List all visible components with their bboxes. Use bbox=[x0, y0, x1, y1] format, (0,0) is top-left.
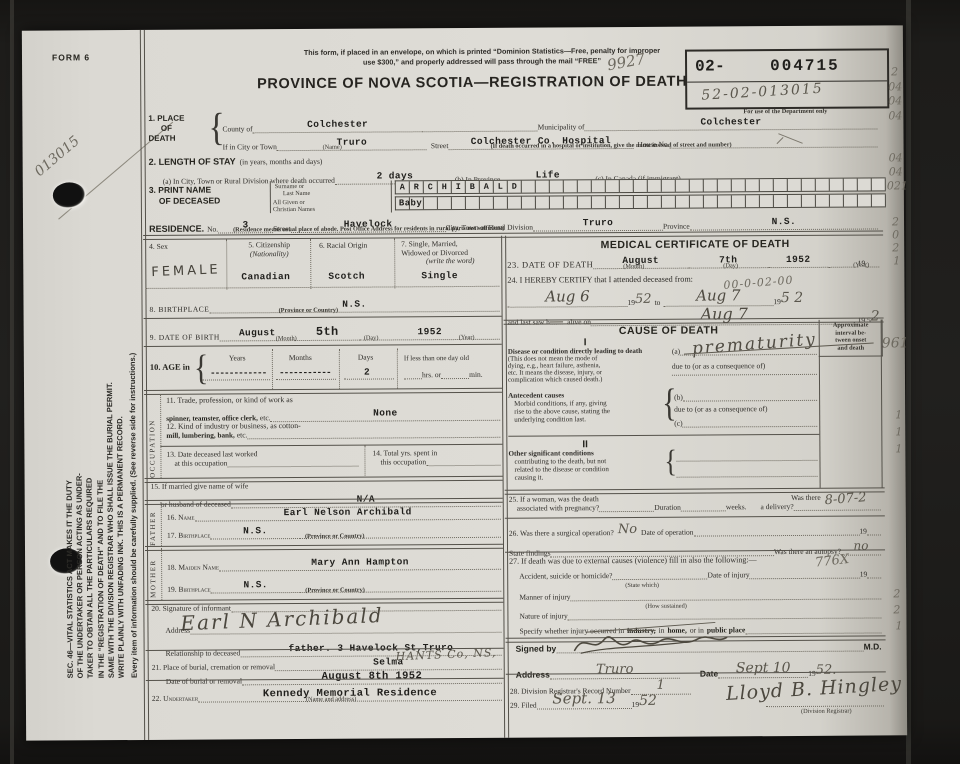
cell-divider bbox=[226, 239, 227, 289]
signed-by-label: Signed by bbox=[516, 643, 557, 653]
margin-number: 04 bbox=[889, 151, 903, 164]
age-col-divider bbox=[339, 349, 340, 389]
city-label: If in City or Town bbox=[223, 142, 277, 151]
margin-number: 04 bbox=[889, 165, 903, 178]
letter-cell bbox=[858, 179, 872, 191]
letter-cell bbox=[494, 197, 508, 209]
certify-to: to bbox=[655, 298, 661, 307]
cause-c-row: (c) bbox=[674, 418, 817, 428]
cell-divider bbox=[394, 238, 395, 288]
surname-letter-boxes: ARCHIBALD bbox=[395, 177, 886, 194]
other-brace: { bbox=[664, 444, 677, 480]
mother-name-value: Mary Ann Hampton bbox=[311, 556, 409, 568]
filed-yr: 19 bbox=[632, 700, 640, 709]
letter-cell bbox=[816, 195, 830, 207]
manner-label: Manner of injury bbox=[519, 592, 570, 601]
letter-cell bbox=[550, 180, 564, 192]
letter-cell bbox=[774, 179, 788, 191]
margin-number: 0 bbox=[892, 228, 899, 241]
md-label: M.D. bbox=[864, 641, 882, 651]
operation-yr: 19 bbox=[859, 527, 867, 536]
letter-cell bbox=[564, 196, 578, 208]
letter-cell bbox=[788, 179, 802, 191]
letter-cell bbox=[718, 195, 732, 207]
interval-header-box: Approximate interval be- tween onset and… bbox=[819, 319, 883, 356]
field3-label-l1: 3. PRINT NAME bbox=[149, 184, 220, 195]
duty-line: Every item of information should be care… bbox=[127, 173, 140, 678]
division-registrar-note: (Division Registrar) bbox=[801, 708, 852, 715]
letter-cell bbox=[732, 179, 746, 191]
field3-label: 3. PRINT NAME OF DECEASED bbox=[149, 184, 221, 206]
burial-date-value: August 8th 1952 bbox=[322, 670, 423, 683]
letter-cell bbox=[816, 179, 830, 191]
field18-row: 18. Maiden Name Mary Ann Hampton bbox=[167, 552, 501, 572]
margin-number: 961 bbox=[882, 335, 909, 351]
field1-hospital-note: (If death occurred in a hospital or inst… bbox=[491, 141, 732, 149]
letter-cell bbox=[508, 197, 522, 209]
undertaker-note: (Name and address) bbox=[306, 696, 356, 703]
dotted-leader bbox=[683, 392, 817, 402]
certify-from: Aug 6 bbox=[545, 287, 590, 305]
rule bbox=[505, 515, 885, 518]
letter-cell bbox=[690, 196, 704, 208]
certify-dates-row: Aug 6 19 52 to Aug 7 19 5 2 bbox=[507, 287, 879, 307]
age-months-dotted bbox=[276, 379, 336, 380]
cause-dueto: due to (or as a consequence of) bbox=[672, 361, 765, 371]
dob-day: 5th bbox=[316, 325, 339, 339]
letter-cell bbox=[788, 195, 802, 207]
margin-number: 1 bbox=[895, 425, 902, 438]
margin-number: 2 bbox=[893, 587, 900, 600]
rule bbox=[508, 434, 819, 437]
county-label: County of bbox=[222, 124, 252, 133]
dotted-leader bbox=[426, 457, 500, 466]
dept-serial: 004715 bbox=[770, 57, 840, 75]
field17-label: 17. Birthplace bbox=[167, 530, 211, 539]
dob-year: 1952 bbox=[417, 326, 441, 337]
letter-cell: L bbox=[494, 181, 508, 193]
field29-row: 29. Filed Sept. 13 19 52 bbox=[510, 690, 760, 709]
rule bbox=[160, 444, 502, 447]
letter-cell bbox=[760, 179, 774, 191]
other-conditions-desc: Other significant conditions contributin… bbox=[508, 449, 668, 482]
margin-number: 2 bbox=[893, 603, 900, 616]
solid-leader bbox=[571, 590, 882, 601]
dotted-leader bbox=[227, 458, 358, 468]
margin-number: 2 bbox=[891, 65, 898, 78]
citizenship-label-l2: (Nationality) bbox=[233, 249, 305, 258]
filed-yr-hw: 52 bbox=[639, 693, 657, 709]
racial-origin-label: 6. Racial Origin bbox=[319, 241, 367, 250]
letter-cell bbox=[676, 196, 690, 208]
letter-cell bbox=[802, 195, 816, 207]
cause-dueto-dotted bbox=[672, 374, 817, 376]
cause-a-label: (a) bbox=[672, 347, 680, 356]
letter-cell bbox=[872, 178, 886, 190]
surname-sublabel-l2: Last Name bbox=[275, 190, 310, 197]
certify-y2-hw: 5 2 bbox=[781, 290, 803, 306]
md-signature-scribble bbox=[571, 629, 731, 656]
accident-label: Accident, suicide or homicide? bbox=[519, 571, 612, 581]
letter-cell bbox=[830, 195, 844, 207]
letter-cell bbox=[438, 197, 452, 209]
letter-cell bbox=[620, 196, 634, 208]
dotted-leader bbox=[683, 418, 818, 428]
age-hrs-row: hrs. or min. bbox=[404, 370, 498, 380]
certify-y1-hw: 52 bbox=[635, 292, 652, 307]
injury-date-label: Date of injury bbox=[707, 570, 749, 579]
certify-y1: 19 bbox=[627, 298, 635, 307]
city-name-note: (Name) bbox=[323, 144, 342, 151]
field16-row: 16. Name Earl Nelson Archibald bbox=[167, 502, 501, 522]
dob-day-note: (Day) bbox=[364, 335, 379, 342]
how-sustained-note: (How sustained) bbox=[645, 603, 686, 610]
residence-no-label: No. bbox=[207, 224, 218, 233]
letter-cell bbox=[704, 195, 718, 207]
dotted-leader bbox=[745, 624, 881, 634]
rule bbox=[145, 544, 503, 551]
antecedent-desc: Antecedent causes Morbid conditions, if … bbox=[508, 391, 666, 424]
father-name-value: Earl Nelson Archibald bbox=[284, 506, 412, 518]
letter-cell bbox=[550, 196, 564, 208]
mother-birthplace-value: N.S. bbox=[243, 579, 267, 590]
manner-row: Manner of injury bbox=[519, 590, 881, 601]
margin-number: 04 bbox=[888, 80, 902, 93]
field18-label: 18. Maiden Name bbox=[167, 562, 219, 571]
marital-label: 7. Single, Married, Widowed or Divorced … bbox=[401, 240, 499, 266]
field11-value: None bbox=[373, 407, 397, 418]
cause-d5: complication which caused death.) bbox=[508, 376, 666, 384]
age-col-divider bbox=[272, 349, 273, 389]
dob-label: 9. DATE OF BIRTH bbox=[150, 332, 220, 341]
letter-cell bbox=[676, 180, 690, 192]
field12: 12. Kind of industry or business, as cot… bbox=[166, 420, 500, 440]
dotted-leader bbox=[867, 526, 881, 535]
dept-handwritten-number: 52-02-013015 bbox=[701, 81, 824, 104]
field13-line2: at this occupation bbox=[174, 458, 227, 467]
margin-number: 04 bbox=[888, 109, 902, 122]
dotted-leader bbox=[423, 122, 538, 132]
field27-label: 27. If death was due to external causes … bbox=[509, 555, 757, 566]
margin-number: 04 bbox=[888, 94, 902, 107]
marital-value: Single bbox=[421, 270, 458, 281]
signed-yr: 19 bbox=[808, 669, 816, 678]
interval-column-line bbox=[819, 356, 821, 488]
field26-row: 26. Was there a surgical operation? No D… bbox=[509, 520, 881, 537]
letter-cell bbox=[802, 179, 816, 191]
injury-yr: 19 bbox=[860, 570, 868, 579]
letter-cell bbox=[592, 196, 606, 208]
letter-cell bbox=[452, 197, 466, 209]
margin-duty-text: SEC. 46—VITAL STATISTICS ACT MAKES IT TH… bbox=[63, 173, 141, 678]
field2-heading-note: (in years, months and days) bbox=[240, 157, 323, 167]
letter-cell bbox=[718, 179, 732, 191]
field23-day-note: (Day) bbox=[723, 262, 738, 269]
letter-cell bbox=[592, 180, 606, 192]
field17-note: (Province or Country) bbox=[305, 533, 365, 540]
age-days-value: 2 bbox=[364, 367, 370, 378]
field2-heading: 2. LENGTH OF STAY bbox=[149, 156, 236, 167]
given-letter-boxes bbox=[395, 193, 886, 210]
dotted-leader bbox=[681, 502, 726, 511]
letter-cell bbox=[746, 195, 760, 207]
field23-row: 23. DATE OF DEATH August 7th 1952 19 bbox=[507, 249, 879, 269]
sex-label: 4. Sex bbox=[149, 242, 168, 251]
residence-city-value: Truro bbox=[583, 217, 614, 228]
field14: 14. Total yrs. spent in this occupation bbox=[372, 448, 500, 467]
given-name-value: Baby bbox=[399, 198, 422, 208]
letter-cell bbox=[620, 180, 634, 192]
occupation-vertical-label: OCCUPATION bbox=[148, 398, 156, 478]
delivery-handwritten: 8-07-2 bbox=[824, 490, 867, 508]
letter-cell bbox=[536, 196, 550, 208]
age-brace: { bbox=[194, 348, 209, 389]
dotted-leader bbox=[867, 569, 881, 578]
dotted-leader bbox=[568, 609, 882, 620]
letter-cell bbox=[844, 195, 858, 207]
field14-line2: this occupation bbox=[380, 457, 426, 466]
marital-label-l3: (write the word) bbox=[401, 257, 499, 266]
book-edge-right bbox=[906, 0, 911, 764]
certify-y2: 19 bbox=[773, 297, 781, 306]
signed-yr-hw: 52. bbox=[816, 663, 837, 678]
signed-address-hw: Truro bbox=[596, 662, 633, 677]
field12-etc: etc. bbox=[237, 430, 248, 439]
cause-disease-desc: Disease or condition directly leading to… bbox=[508, 347, 666, 384]
filed-label: 29. Filed bbox=[510, 700, 537, 709]
residence-label: RESIDENCE. bbox=[149, 223, 204, 233]
letter-cell bbox=[480, 197, 494, 209]
form-title: PROVINCE OF NOVA SCOTIA—REGISTRATION OF … bbox=[172, 73, 772, 93]
dotted-leader bbox=[693, 527, 859, 537]
letter-cell: D bbox=[508, 181, 522, 193]
field25-duration: Duration bbox=[654, 503, 681, 512]
field25-was2: a delivery? bbox=[760, 502, 793, 511]
cause-o4: causing it. bbox=[515, 473, 669, 482]
dob-month: August bbox=[239, 327, 276, 338]
age-months-value: ----------- bbox=[279, 367, 331, 378]
age-years-value: ------------ bbox=[210, 367, 266, 378]
birthplace-value: N.S. bbox=[342, 299, 366, 310]
residence-province-label: Province bbox=[663, 221, 690, 230]
field23-year-note: (Year) bbox=[853, 262, 869, 269]
occupation-divider bbox=[160, 394, 162, 478]
cause-ant4: underlying condition last. bbox=[514, 415, 666, 424]
letter-cell bbox=[844, 179, 858, 191]
age-less-label: If less than one day old bbox=[404, 354, 469, 362]
letter-cell bbox=[648, 180, 662, 192]
duty-line: WRITE PLAINLY WITH UNFADING INK. THIS IS… bbox=[114, 173, 127, 678]
nature-label: Nature of injury bbox=[519, 611, 567, 620]
letter-cell bbox=[536, 180, 550, 192]
letter-cell bbox=[732, 195, 746, 207]
dotted-leader bbox=[441, 370, 469, 379]
field3-label-l2: OF DECEASED bbox=[149, 195, 220, 206]
letter-cell bbox=[424, 197, 438, 209]
field12-line2: mill, lumbering, bank, bbox=[166, 431, 235, 439]
given-sublabel: All Given or Christian Names bbox=[273, 199, 315, 213]
field1-label-l3: DEATH bbox=[148, 134, 184, 144]
scanned-death-registration: FORM 6 013015 SEC. 46—VITAL STATISTICS A… bbox=[0, 0, 960, 764]
age-years-dotted bbox=[202, 379, 270, 380]
letter-cell bbox=[578, 180, 592, 192]
field23-month-note: (Month) bbox=[623, 263, 644, 270]
field13: 13. Date deceased last worked at this oc… bbox=[166, 449, 358, 468]
form-number-label: FORM 6 bbox=[52, 52, 90, 62]
signed-date-hw: Sept 10 bbox=[736, 660, 791, 676]
cell-divider bbox=[310, 239, 311, 289]
age-days-dotted bbox=[344, 378, 394, 379]
surname-sublabel: Surname or Last Name bbox=[275, 183, 311, 197]
letter-cell bbox=[872, 194, 886, 206]
letter-cell bbox=[522, 197, 536, 209]
citizenship-value: Canadian bbox=[241, 271, 290, 282]
field1-label: 1. PLACE OF DEATH bbox=[148, 114, 184, 144]
letter-cell: I bbox=[452, 181, 466, 193]
nature-row: Nature of injury bbox=[519, 609, 881, 620]
field27-hw: 776X bbox=[814, 552, 850, 571]
county-value: Colchester bbox=[307, 119, 368, 130]
operation-hw: No bbox=[618, 522, 637, 537]
municipality-label: Municipality of bbox=[538, 122, 585, 131]
letter-cell bbox=[466, 197, 480, 209]
field25-l2: associated with pregnancy? bbox=[517, 503, 600, 513]
street-label: Street bbox=[431, 141, 449, 150]
cause-b-label: (b) bbox=[674, 393, 683, 402]
state-which-note: (State which) bbox=[625, 582, 659, 589]
field25-was1: Was there bbox=[791, 493, 821, 502]
letter-cell bbox=[830, 179, 844, 191]
dob-year-note: (Year) bbox=[459, 334, 475, 341]
letter-cell bbox=[648, 196, 662, 208]
field1-label-l1: 1. PLACE bbox=[148, 114, 184, 124]
address-label: Address bbox=[165, 626, 190, 635]
field1-label-l2: OF bbox=[148, 124, 184, 134]
department-number-box: 02- 004715 52-02-013015 bbox=[685, 48, 889, 109]
dotted-leader bbox=[599, 503, 654, 512]
municipality-value: Colchester bbox=[700, 116, 761, 127]
residence-province-value: N.S. bbox=[772, 216, 796, 227]
birthplace-note: (Province or Country) bbox=[279, 307, 339, 314]
birthplace-label: 8. BIRTHPLACE bbox=[150, 304, 210, 313]
field16-label: 16. Name bbox=[167, 512, 195, 521]
cells-bottom-dotted bbox=[145, 286, 499, 289]
age-min-label: min. bbox=[469, 370, 483, 379]
letter-cell bbox=[522, 181, 536, 193]
dob-month-note: (Month) bbox=[276, 335, 297, 342]
dotted-leader bbox=[404, 370, 422, 379]
dob-row: 9. DATE OF BIRTH August 5th 1952 bbox=[150, 322, 500, 342]
cause-b-row: (b) bbox=[674, 392, 817, 402]
dotted-leader bbox=[190, 624, 501, 635]
letter-cell bbox=[578, 196, 592, 208]
dotted-leader bbox=[750, 570, 860, 580]
field19-note: (Province or Country) bbox=[305, 587, 365, 594]
letter-cell bbox=[690, 180, 704, 192]
letter-cell: C bbox=[424, 181, 438, 193]
cause-dueto2: due to (or as a consequence of) bbox=[674, 404, 767, 414]
other-dotted-2 bbox=[677, 476, 818, 478]
field11: 11. Trade, profession, or kind of work a… bbox=[166, 394, 500, 423]
father-vertical-label: FATHER bbox=[149, 506, 157, 546]
letter-cell bbox=[662, 180, 676, 192]
age-days-label: Days bbox=[358, 353, 373, 362]
age-label: 10. AGE in bbox=[150, 362, 190, 372]
margin-number: 1 bbox=[893, 254, 900, 267]
given-sublabel-l2: Christian Names bbox=[273, 206, 315, 213]
field25-weeks: weeks. bbox=[726, 502, 747, 511]
letter-cell bbox=[606, 180, 620, 192]
margin-number: 021 bbox=[887, 179, 908, 192]
filed-date-hw: Sept. 13 bbox=[552, 689, 616, 707]
margin-number: 2 bbox=[892, 241, 899, 254]
field20-address-row: Address bbox=[165, 624, 501, 635]
undertaker-label: 22. Undertaker bbox=[152, 693, 198, 702]
age-months-label: Months bbox=[289, 353, 312, 362]
letter-cell bbox=[858, 195, 872, 207]
operation-label: 26. Was there a surgical operation? bbox=[509, 528, 614, 538]
letter-cell: H bbox=[438, 181, 452, 193]
book-edge-left bbox=[10, 0, 14, 764]
letter-cell bbox=[606, 196, 620, 208]
age-hrs-label: hrs. or bbox=[422, 370, 441, 379]
margin-number: 2 bbox=[892, 215, 899, 228]
cause-c-label: (c) bbox=[674, 419, 682, 428]
certificate-paper: FORM 6 013015 SEC. 46—VITAL STATISTICS A… bbox=[22, 25, 907, 740]
letter-cell bbox=[634, 196, 648, 208]
age-col-divider bbox=[397, 348, 398, 388]
mother-divider bbox=[161, 548, 162, 600]
letter-cell: A bbox=[396, 181, 410, 193]
dotted-leader bbox=[612, 571, 707, 581]
sex-value: FEMALE bbox=[151, 262, 221, 280]
mother-vertical-label: MOTHER bbox=[149, 554, 157, 598]
date-of-death-label: 23. DATE OF DEATH bbox=[507, 259, 593, 270]
margin-number: 1 bbox=[895, 619, 902, 632]
rule bbox=[144, 344, 502, 347]
certify-label: 24. I HEREBY CERTIFY that I attended dec… bbox=[507, 275, 693, 285]
letter-cell: A bbox=[480, 181, 494, 193]
field27-accident-row: Accident, suicide or homicide? Date of i… bbox=[519, 569, 881, 580]
margin-number: 1 bbox=[895, 408, 902, 421]
letter-cell bbox=[746, 179, 760, 191]
dotted-leader bbox=[247, 429, 500, 440]
field19-label: 19. Birthplace bbox=[167, 584, 211, 593]
letter-cell bbox=[704, 179, 718, 191]
rule bbox=[144, 316, 502, 319]
father-birthplace-value: N.S. bbox=[243, 525, 267, 536]
dept-prefix: 02- bbox=[695, 57, 725, 75]
letter-cell bbox=[564, 180, 578, 192]
racial-origin-value: Scotch bbox=[328, 271, 365, 282]
letter-cell bbox=[760, 195, 774, 207]
letter-cell bbox=[634, 180, 648, 192]
death-year: 1952 bbox=[786, 254, 810, 265]
letter-cell bbox=[662, 196, 676, 208]
citizenship-label: 5. Citizenship (Nationality) bbox=[233, 241, 305, 258]
letter-cell bbox=[774, 195, 788, 207]
margin-number: 1 bbox=[895, 442, 902, 455]
age-years-label: Years bbox=[229, 353, 246, 362]
letter-cell: R bbox=[410, 181, 424, 193]
other-dotted-1 bbox=[676, 460, 817, 462]
field13-14-divider bbox=[364, 446, 365, 476]
operation-date-label: Date of operation bbox=[641, 528, 694, 537]
letter-cell: B bbox=[466, 181, 480, 193]
